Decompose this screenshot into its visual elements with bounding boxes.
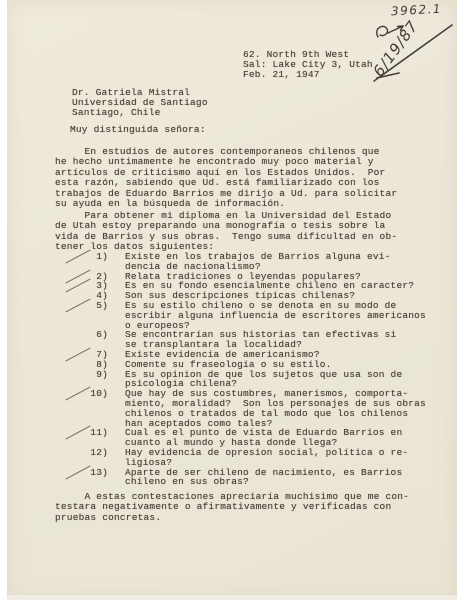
question-number-label: 9): [96, 369, 108, 380]
question-number-label: 11): [90, 427, 108, 438]
question-item-9: 9) Es su opinion de que los sujetos que …: [74, 370, 434, 390]
question-text: Existe en los trabajos de Barrios alguna…: [125, 252, 391, 272]
question-item-6: 6) Se encontrarían sus historias tan efe…: [74, 330, 434, 350]
question-number: 6): [74, 330, 108, 340]
question-text: Es su opinion de que los sujetos que usa…: [125, 370, 402, 390]
paragraph-introduction: En estudios de autores contemporaneos ch…: [55, 147, 397, 209]
question-item-1: 1) Existe en los trabajos de Barrios alg…: [74, 252, 434, 272]
question-number-label: 1): [96, 251, 108, 262]
question-number: 9): [74, 370, 108, 380]
question-number: 5): [74, 301, 108, 311]
catalog-number-annotation: 3962.1: [391, 2, 443, 19]
question-item-10: 10) Que hay de sus costumbres, manerismo…: [74, 389, 434, 428]
sender-address-date: 62. North 9th West Sal: Lake City 3, Uta…: [243, 50, 373, 81]
question-number-label: 13): [90, 467, 108, 478]
question-text: Se encontrarían sus historias tan efecti…: [125, 330, 396, 350]
question-number-label: 12): [90, 447, 108, 458]
question-number: 1): [74, 252, 108, 262]
question-number-label: 6): [96, 329, 108, 340]
question-item-12: 12) Hay evidencia de opresion social, po…: [74, 448, 434, 468]
recipient-address: Dr. Gatriela Mistral Universidad de Sant…: [72, 88, 208, 119]
question-text: Hay evidencia de opresion social, políti…: [125, 448, 408, 468]
question-number: 13): [74, 468, 108, 478]
scanned-letter-page: { "document_type": "typewritten letter (…: [0, 0, 462, 600]
question-number-label: 10): [90, 388, 108, 399]
question-item-5: 5) Es su estilo chileno o se denota en s…: [74, 301, 434, 330]
salutation-line: Muy distinguida señora:: [70, 125, 206, 135]
question-number: 12): [74, 448, 108, 458]
question-number: 11): [74, 428, 108, 438]
question-item-11: 11) Cual es el punto de vista de Eduardo…: [74, 428, 434, 448]
question-number-label: 5): [96, 300, 108, 311]
question-text: Aparte de ser chileno de nacimiento, es …: [125, 468, 402, 488]
question-text: Es su estilo chileno o se denota en su m…: [125, 301, 426, 330]
question-text: Cual es el punto de vista de Eduardo Bar…: [125, 428, 402, 448]
questions-list: 1) Existe en los trabajos de Barrios alg…: [74, 252, 434, 487]
question-number: 10): [74, 389, 108, 399]
paragraph-closing: A estas contestaciones apreciaría muchis…: [55, 492, 409, 523]
question-text: Que hay de sus costumbres, manerismos, c…: [125, 389, 426, 428]
paragraph-thesis-request: Para obtener mi diploma en la Universida…: [55, 211, 397, 253]
question-item-13: 13) Aparte de ser chileno de nacimiento,…: [74, 468, 434, 488]
